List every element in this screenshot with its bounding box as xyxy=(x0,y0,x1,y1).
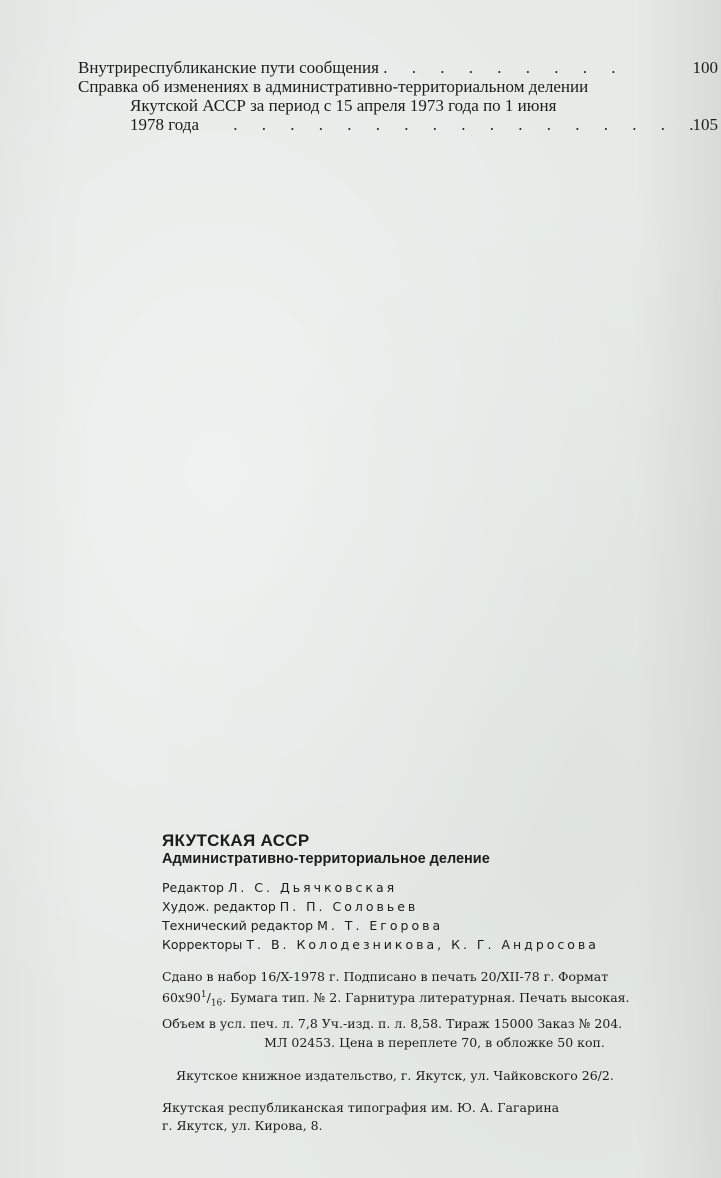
table-of-contents: Внутриреспубликанские пути сообщения . .… xyxy=(78,58,718,134)
specs-text: . Бумага тип. № 2. Гарнитура литературна… xyxy=(222,990,629,1005)
format-numerator: 1 xyxy=(201,990,207,1000)
credit-line: Редактор Л. С. Дьячковская xyxy=(162,878,692,897)
credit-name: Т. В. Колодезникова, К. Г. Андросова xyxy=(246,937,599,952)
imprint: ЯКУТСКАЯ АССР Административно-территориа… xyxy=(162,832,692,1135)
format-denominator: 16 xyxy=(211,999,222,1009)
specs-line: Объем в усл. печ. л. 7,8 Уч.-изд. п. л. … xyxy=(162,1014,687,1033)
printer-address: г. Якутск, ул. Кирова, 8. xyxy=(162,1117,692,1135)
credit-role: Редактор xyxy=(162,880,224,895)
credit-role: Корректоры xyxy=(162,937,242,952)
toc-page-number: 105 xyxy=(693,115,719,134)
toc-entry-continuation: Якутской АССР за период с 15 апреля 1973… xyxy=(78,96,718,115)
print-specifications: Сдано в набор 16/X-1978 г. Подписано в п… xyxy=(162,967,687,1052)
dot-leader: . . . . . . . . . . . . . . . . . xyxy=(233,115,703,134)
book-title: ЯКУТСКАЯ АССР xyxy=(162,832,692,850)
toc-page-number: 100 xyxy=(693,58,719,77)
credit-line: Худож. редактор П. П. Соловьев xyxy=(162,897,692,916)
credit-name: П. П. Соловьев xyxy=(280,899,419,914)
specs-line: Сдано в набор 16/X-1978 г. Подписано в п… xyxy=(162,967,687,986)
credit-line: Технический редактор М. Т. Егорова xyxy=(162,916,692,935)
dot-leader: . . . . . . . . . xyxy=(383,58,625,77)
toc-entry-title: Справка об изменениях в административно-… xyxy=(78,77,588,96)
toc-entry-continuation: 1978 года . . . . . . . . . . . . . . . … xyxy=(78,115,718,134)
toc-entry: Внутриреспубликанские пути сообщения . .… xyxy=(78,58,718,77)
toc-entry-title-cont: 1978 года xyxy=(130,115,199,134)
credit-name: Л. С. Дьячковская xyxy=(228,880,397,895)
credit-role: Худож. редактор xyxy=(162,899,276,914)
specs-line: 60х901/16. Бумага тип. № 2. Гарнитура ли… xyxy=(162,986,687,1014)
printer-block: Якутская республиканская типография им. … xyxy=(162,1099,692,1135)
book-subtitle: Административно-территориальное деление xyxy=(162,850,692,868)
publisher-line: Якутское книжное издательство, г. Якутск… xyxy=(162,1066,692,1085)
toc-entry-title: Внутриреспубликанские пути сообщения xyxy=(78,58,379,77)
specs-line: МЛ 02453. Цена в переплете 70, в обложке… xyxy=(162,1033,687,1052)
credit-role: Технический редактор xyxy=(162,918,313,933)
toc-entry: Справка об изменениях в административно-… xyxy=(78,77,718,96)
credit-name: М. Т. Егорова xyxy=(317,918,443,933)
format-value: 60х90 xyxy=(162,990,201,1005)
printer-name: Якутская республиканская типография им. … xyxy=(162,1099,692,1117)
toc-entry-title-cont: Якутской АССР за период с 15 апреля 1973… xyxy=(130,96,556,115)
credit-line: Корректоры Т. В. Колодезникова, К. Г. Ан… xyxy=(162,935,692,954)
